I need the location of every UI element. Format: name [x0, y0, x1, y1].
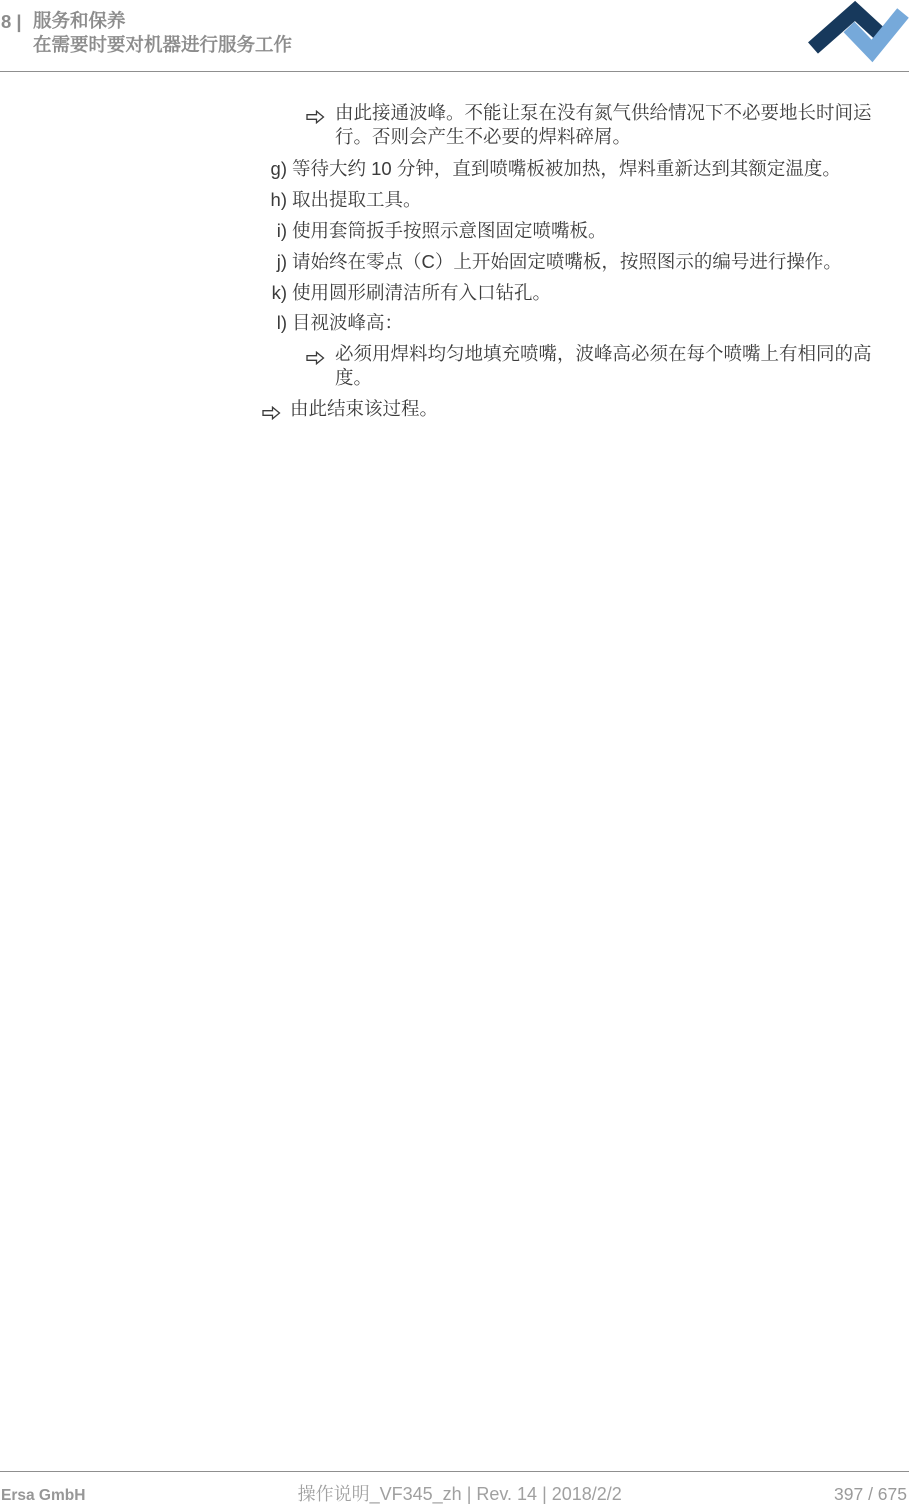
process-end-note: 由此结束该过程。 — [290, 397, 880, 421]
step-label: h) — [255, 188, 287, 212]
footer-company: Ersa GmbH — [1, 1487, 85, 1505]
header-divider — [0, 71, 909, 72]
step-label: j) — [255, 250, 287, 274]
footer-divider — [0, 1471, 909, 1472]
step-item: i) 使用套筒扳手按照示意图固定喷嘴板。 — [255, 219, 885, 243]
step-item: j) 请始终在零点（C）上开始固定喷嘴板，按照图示的编号进行操作。 — [255, 250, 885, 274]
step-item: l) 目视波峰高： — [255, 311, 885, 335]
step-text: 使用套筒扳手按照示意图固定喷嘴板。 — [292, 219, 885, 243]
footer-document-info: 操作说明_VF345_zh | Rev. 14 | 2018/2/2 — [298, 1480, 622, 1506]
result-note: 由此接通波峰。不能让泵在没有氮气供给情况下不必要地长时间运行。否则会产生不必要的… — [335, 101, 881, 148]
ersa-logo-icon — [806, 0, 908, 62]
section-title: 服务和保养 — [33, 9, 292, 33]
page-title: 服务和保养 在需要时要对机器进行服务工作 — [33, 9, 292, 57]
footer: Ersa GmbH 操作说明_VF345_zh | Rev. 14 | 2018… — [1, 1480, 907, 1506]
result-note: 必须用焊料均匀地填充喷嘴，波峰高必须在每个喷嘴上有相同的高度。 — [335, 342, 881, 389]
result-note-text: 必须用焊料均匀地填充喷嘴，波峰高必须在每个喷嘴上有相同的高度。 — [335, 343, 872, 388]
step-item: k) 使用圆形刷清洁所有入口钻孔。 — [255, 281, 885, 305]
step-label: g) — [255, 157, 287, 181]
section-subtitle: 在需要时要对机器进行服务工作 — [33, 33, 292, 57]
right-arrow-icon — [262, 402, 281, 426]
step-label: l) — [255, 311, 287, 335]
step-item: h) 取出提取工具。 — [255, 188, 885, 212]
right-arrow-icon — [306, 347, 325, 371]
footer-page-number: 397 / 675 — [834, 1484, 907, 1505]
step-text: 取出提取工具。 — [292, 188, 885, 212]
step-text: 使用圆形刷清洁所有入口钻孔。 — [292, 281, 885, 305]
result-note-text: 由此接通波峰。不能让泵在没有氮气供给情况下不必要地长时间运行。否则会产生不必要的… — [335, 102, 872, 147]
step-text: 等待大约 10 分钟，直到喷嘴板被加热，焊料重新达到其额定温度。 — [292, 157, 885, 181]
step-item: g) 等待大约 10 分钟，直到喷嘴板被加热，焊料重新达到其额定温度。 — [255, 157, 885, 181]
step-text: 请始终在零点（C）上开始固定喷嘴板，按照图示的编号进行操作。 — [292, 250, 885, 274]
right-arrow-icon — [306, 106, 325, 130]
manual-page: 8 | 服务和保养 在需要时要对机器进行服务工作 由此接通波峰。不能让泵在没有氮… — [0, 0, 909, 1509]
step-label: i) — [255, 219, 287, 243]
step-text: 目视波峰高： — [292, 311, 885, 335]
process-end-text: 由此结束该过程。 — [290, 398, 438, 419]
step-label: k) — [255, 281, 287, 305]
chapter-number: 8 | — [1, 11, 22, 33]
